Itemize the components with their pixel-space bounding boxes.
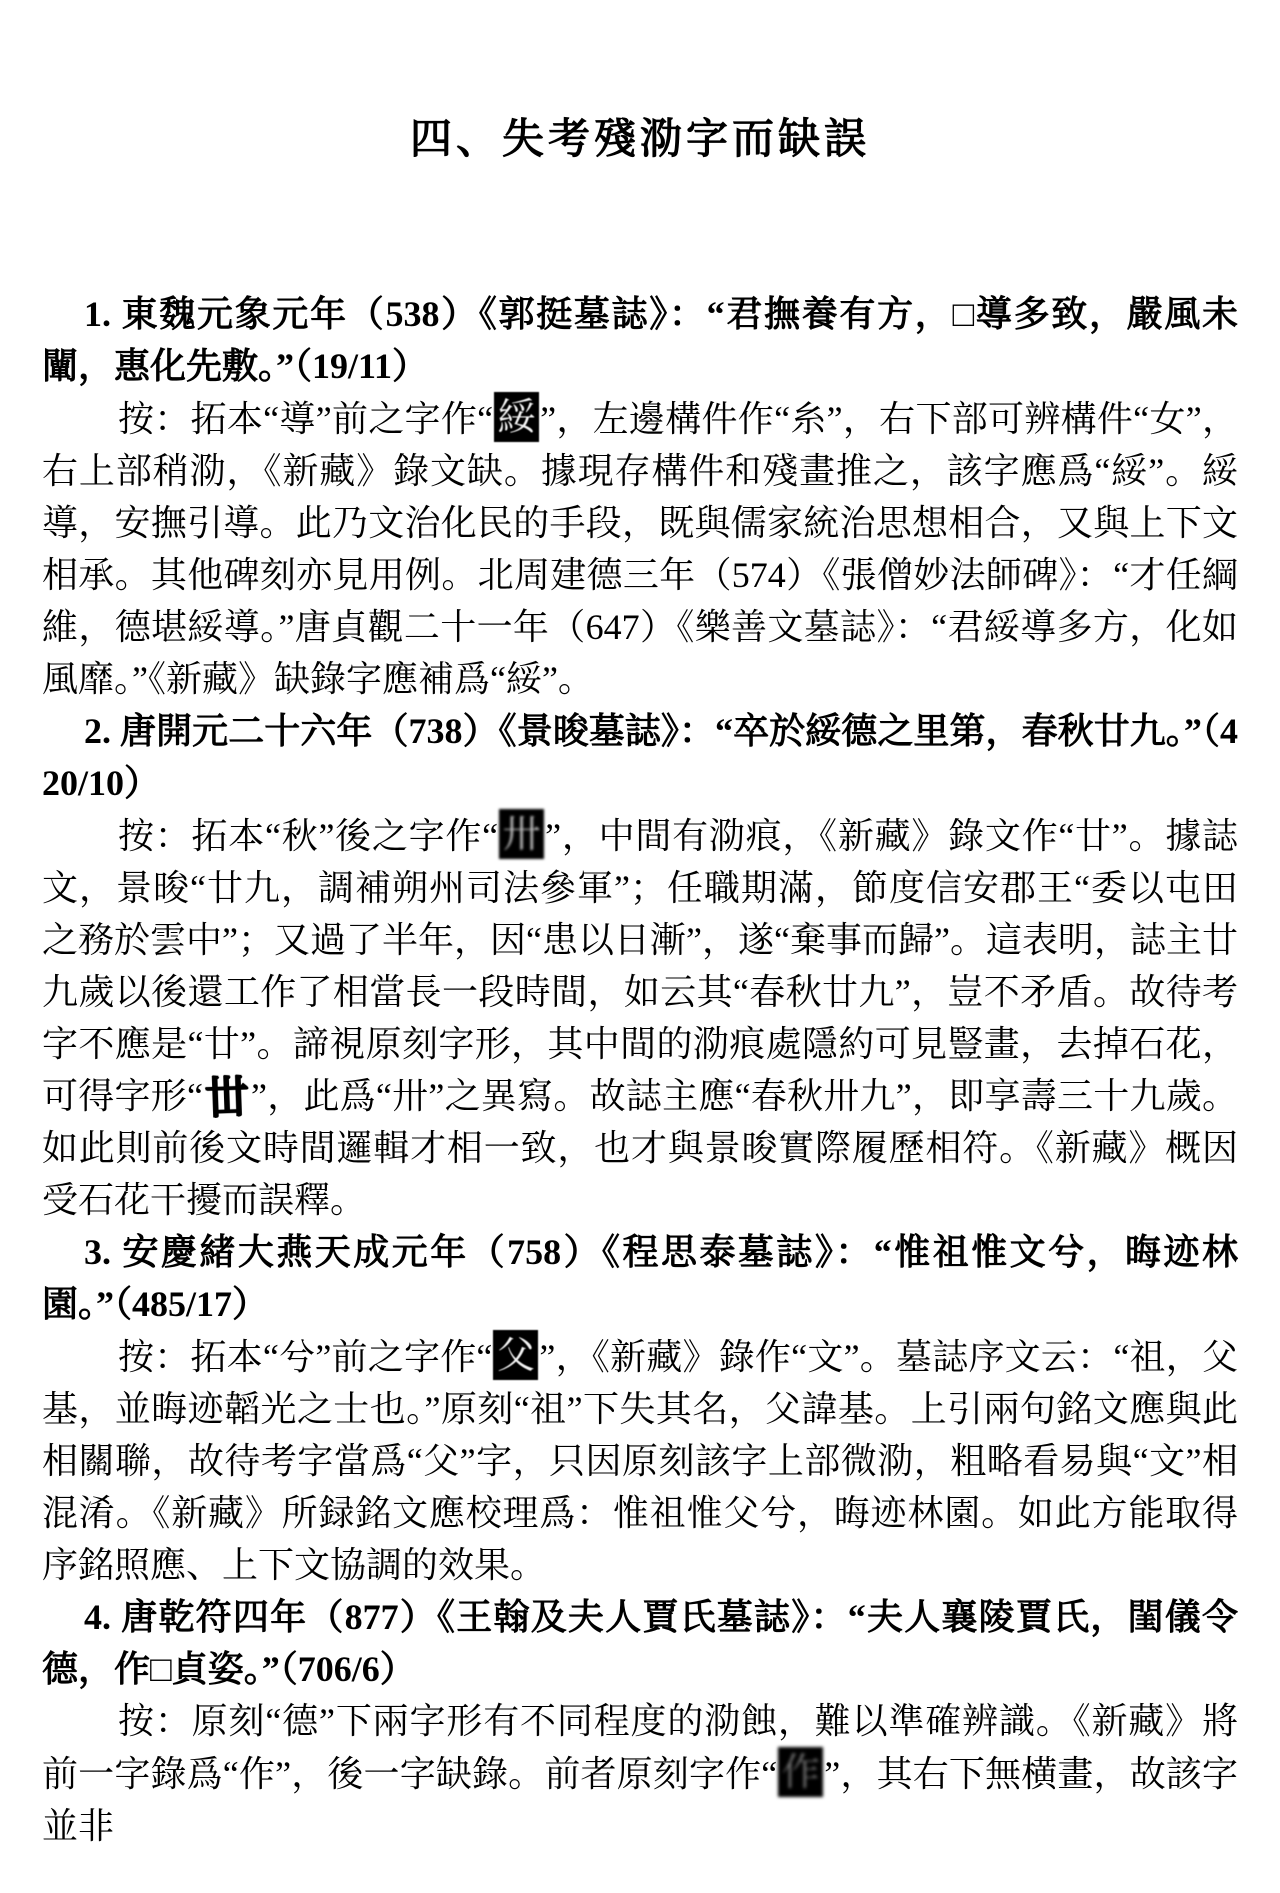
commentary-text: 按：拓本“導”前之字作“ bbox=[118, 399, 493, 439]
sections-container: 1. 東魏元象元年（538）《郭挺墓誌》：“君撫養有方，□導多致，嚴風未闡，惠化… bbox=[42, 288, 1238, 1852]
commentary-text: ”，左邊構件作“糸”，右下部可辨構件“女”，右上部稍泐，《新藏》錄文缺。據現存構… bbox=[42, 399, 1238, 699]
rubbing-glyph-image: 作 bbox=[778, 1747, 823, 1797]
rubbing-glyph-image: 丗 bbox=[204, 1075, 250, 1121]
page-title: 四、失考殘泐字而缺誤 bbox=[42, 116, 1238, 162]
section-4-heading: 4. 唐乾符四年（877）《王翰及夫人賈氏墓誌》：“夫人襄陵賈氏，閨儀令德，作□… bbox=[42, 1591, 1238, 1695]
section-4-commentary: 按：原刻“德”下兩字形有不同程度的泐蝕，難以準確辨識。《新藏》將前一字錄爲“作”… bbox=[42, 1695, 1238, 1852]
section-1-heading: 1. 東魏元象元年（538）《郭挺墓誌》：“君撫養有方，□導多致，嚴風未闡，惠化… bbox=[42, 288, 1238, 392]
commentary-text: ”，中間有泐痕，《新藏》錄文作“廿”。據誌文，景晙“廿九，調補朔州司法參軍”；任… bbox=[42, 816, 1238, 1116]
rubbing-glyph-image: 卅 bbox=[499, 809, 544, 859]
document-page: 四、失考殘泐字而缺誤 1. 東魏元象元年（538）《郭挺墓誌》：“君撫養有方，□… bbox=[0, 0, 1280, 1893]
commentary-text: 按：拓本“秋”後之字作“ bbox=[118, 816, 498, 856]
section-2-commentary: 按：拓本“秋”後之字作“卅”，中間有泐痕，《新藏》錄文作“廿”。據誌文，景晙“廿… bbox=[42, 809, 1238, 1226]
section-1-commentary: 按：拓本“導”前之字作“綏”，左邊構件作“糸”，右下部可辨構件“女”，右上部稍泐… bbox=[42, 392, 1238, 705]
rubbing-glyph-image: 綏 bbox=[494, 392, 539, 442]
section-2-heading: 2. 唐開元二十六年（738）《景晙墓誌》：“卒於綏德之里第，春秋廿九。”（42… bbox=[42, 705, 1238, 809]
commentary-text: 按：拓本“兮”前之字作“ bbox=[118, 1337, 492, 1377]
section-3-heading: 3. 安慶緒大燕天成元年（758）《程思泰墓誌》：“惟祖惟文兮，晦迹林園。”（4… bbox=[42, 1226, 1238, 1330]
section-3-commentary: 按：拓本“兮”前之字作“父”，《新藏》錄作“文”。墓誌序文云：“祖，父基，並晦迹… bbox=[42, 1330, 1238, 1591]
rubbing-glyph-image: 父 bbox=[493, 1330, 538, 1380]
